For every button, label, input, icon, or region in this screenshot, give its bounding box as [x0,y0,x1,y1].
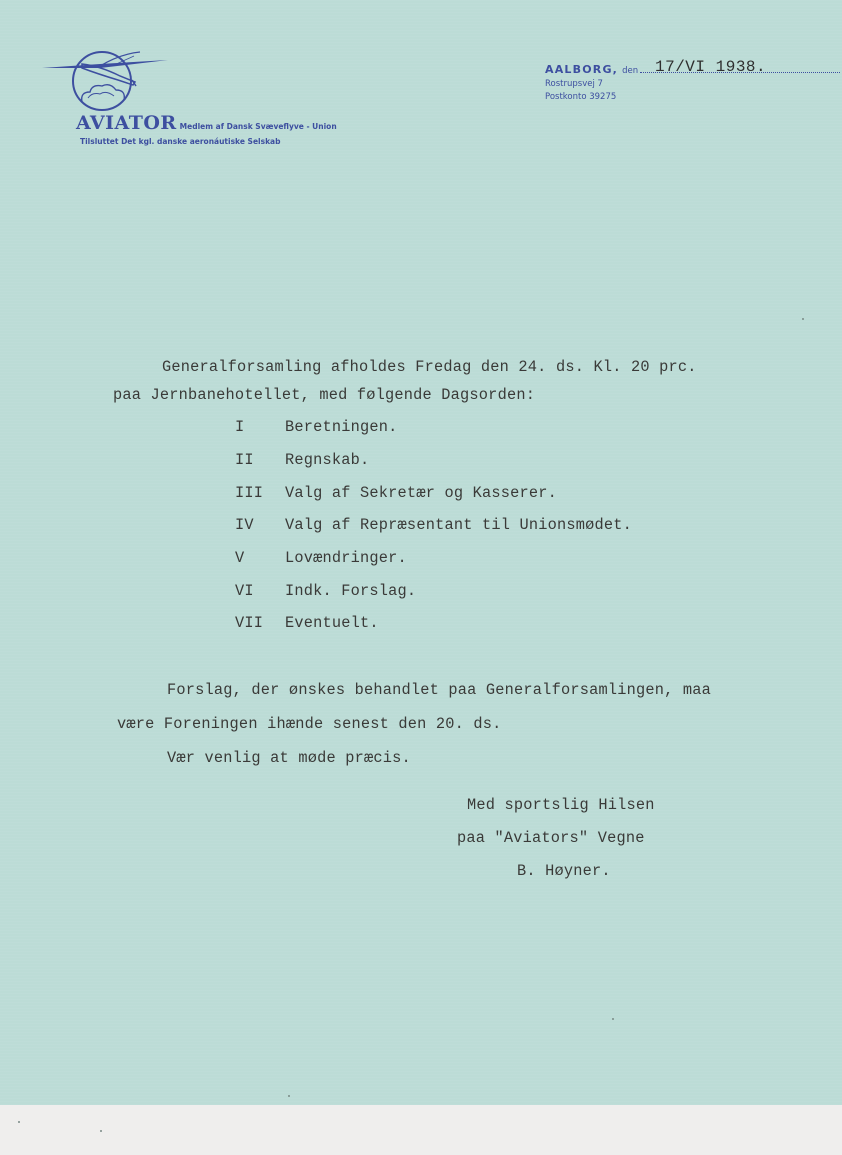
agenda-number: II [235,451,254,469]
agenda-number: VII [235,614,263,632]
agenda-item: III Valg af Sekretær og Kasserer. [0,484,842,504]
paper-speck [288,1095,290,1097]
agenda-number: V [235,549,244,567]
agenda-item: I Beretningen. [0,418,842,438]
proposal-line-1: Forslag, der ønskes behandlet paa Genera… [167,681,711,699]
agenda-text: Eventuelt. [285,614,379,632]
scan-speck [18,1121,20,1123]
brand-name: AVIATOR [76,112,177,134]
agenda-text: Valg af Sekretær og Kasserer. [285,484,557,502]
agenda-number: III [235,484,263,502]
typed-date: 17/VI 1938. [655,58,766,76]
agenda-number: VI [235,582,254,600]
intro-line-1: Generalforsamling afholdes Fredag den 24… [162,358,697,376]
postkonto: Postkonto 39275 [545,92,840,102]
street-address: Rostrupsvej 7 [545,79,840,89]
letter-paper: AVIATOR Medlem af Dansk Svæveflyve - Uni… [0,0,842,1105]
membership-text: Medlem af Dansk Svæveflyve - Union [180,122,337,131]
agenda-text: Lovændringer. [285,549,407,567]
agenda-text: Beretningen. [285,418,398,436]
closing-on-behalf: paa "Aviators" Vegne [457,829,645,847]
agenda-number: IV [235,516,254,534]
agenda-item: V Lovændringer. [0,549,842,569]
agenda-text: Regnskab. [285,451,369,469]
affiliation-text: Tilsluttet Det kgl. danske aeronáutiske … [80,137,280,146]
agenda-item: II Regnskab. [0,451,842,471]
den-label: den [622,66,638,76]
agenda-number: I [235,418,244,436]
paper-speck [802,318,804,320]
scan-speck [100,1130,102,1132]
closing-greeting: Med sportslig Hilsen [467,796,655,814]
intro-line-2: paa Jernbanehotellet, med følgende Dagso… [113,386,535,404]
agenda-item: VII Eventuelt. [0,614,842,634]
agenda-text: Indk. Forslag. [285,582,416,600]
city-label: AALBORG, [545,63,618,76]
punctual-request: Vær venlig at møde præcis. [167,749,411,767]
agenda-text: Valg af Repræsentant til Unionsmødet. [285,516,632,534]
paper-speck [612,1018,614,1020]
agenda-item: IV Valg af Repræsentant til Unionsmødet. [0,516,842,536]
signature-name: B. Høyner. [517,862,611,880]
agenda-item: VI Indk. Forslag. [0,582,842,602]
brand-header: AVIATOR Medlem af Dansk Svæveflyve - Uni… [76,112,337,134]
glider-logo-icon [40,46,170,116]
proposal-line-2: være Foreningen ihænde senest den 20. ds… [117,715,502,733]
